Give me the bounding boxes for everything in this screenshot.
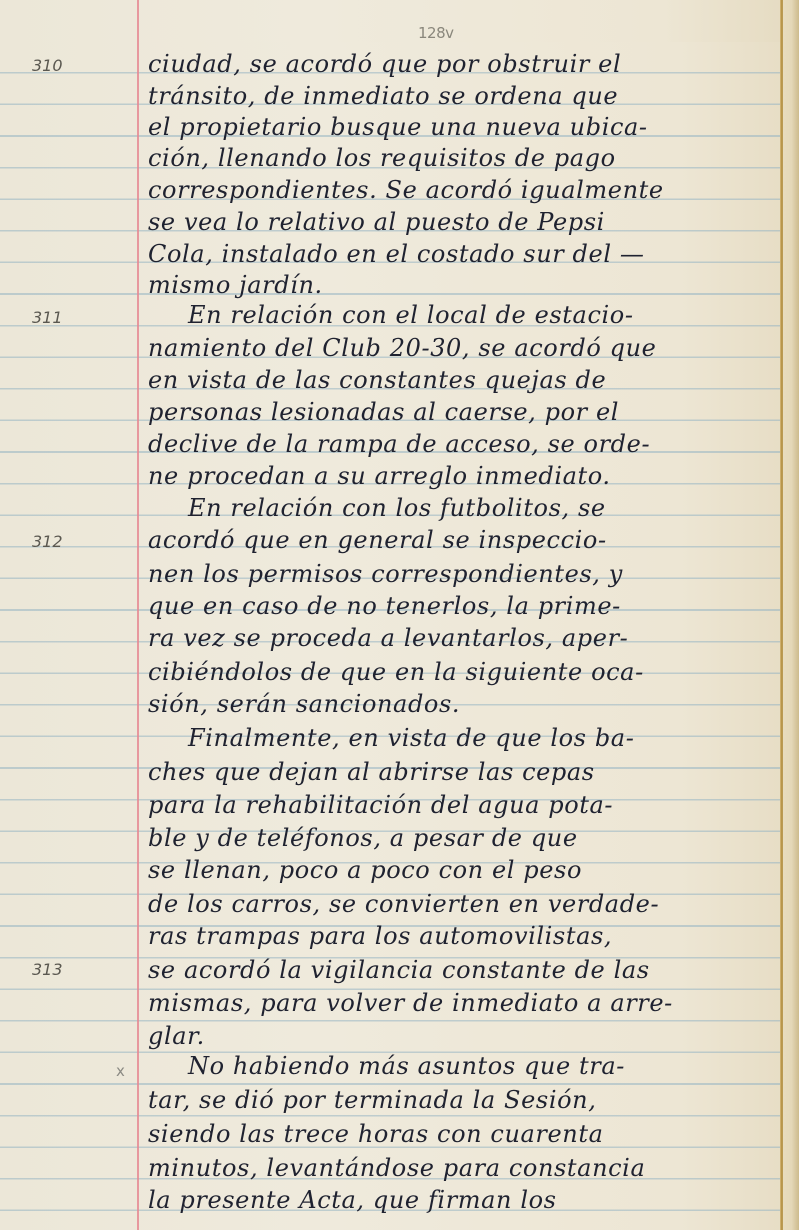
text-line: mismo jardín. <box>148 273 323 297</box>
text-line: ciudad, se acordó que por obstruir el <box>148 52 621 76</box>
ledger-page: 128v 310 311 312 313 x ciudad, se acordó… <box>0 0 799 1230</box>
text-line: tar, se dió por terminada la Sesión, <box>148 1088 596 1112</box>
folio-number: 128v <box>418 24 454 42</box>
text-line: ble y de teléfonos, a pesar de que <box>148 826 578 850</box>
text-line: cibiéndolos de que en la siguiente oca- <box>148 660 644 684</box>
entry-number-313: 313 <box>32 960 63 979</box>
text-line: glar. <box>148 1024 205 1048</box>
text-line: mismas, para volver de inmediato a arre- <box>148 991 673 1015</box>
text-line: tránsito, de inmediato se ordena que <box>148 84 618 108</box>
text-line: En relación con los futbolitos, se <box>188 496 606 520</box>
text-line: siendo las trece horas con cuarenta <box>148 1122 604 1146</box>
text-line: ras trampas para los automovilistas, <box>148 924 612 948</box>
red-margin-line <box>137 0 139 1230</box>
text-line: para la rehabilitación del agua pota- <box>148 793 613 817</box>
text-line: se llenan, poco a poco con el peso <box>148 858 582 882</box>
text-line: sión, serán sancionados. <box>148 692 460 716</box>
text-line: namiento del Club 20-30, se acordó que <box>148 336 656 360</box>
text-line: En relación con el local de estacio- <box>188 303 634 327</box>
text-line: nen los permisos correspondientes, y <box>148 562 623 586</box>
text-line: ne procedan a su arreglo inmediato. <box>148 464 611 488</box>
text-line: ción, llenando los requisitos de pago <box>148 146 616 170</box>
text-line: minutos, levantándose para constancia <box>148 1156 645 1180</box>
text-line: se acordó la vigilancia constante de las <box>148 958 650 982</box>
text-line: Finalmente, en vista de que los ba- <box>188 726 634 750</box>
text-line: Cola, instalado en el costado sur del — <box>148 242 644 266</box>
text-line: se vea lo relativo al puesto de Pepsi <box>148 210 605 234</box>
text-line: en vista de las constantes quejas de <box>148 368 606 392</box>
text-line: la presente Acta, que firman los <box>148 1188 557 1212</box>
text-line: personas lesionadas al caerse, por el <box>148 400 619 424</box>
binding-edge-line <box>781 0 783 1230</box>
text-line: declive de la rampa de acceso, se orde- <box>148 432 650 456</box>
text-line: ra vez se proceda a levantarlos, aper- <box>148 626 628 650</box>
text-line: ches que dejan al abrirse las cepas <box>148 760 595 784</box>
text-line: correspondientes. Se acordó igualmente <box>148 178 664 202</box>
entry-number-312: 312 <box>32 532 63 551</box>
text-line: acordó que en general se inspeccio- <box>148 528 607 552</box>
text-line: el propietario busque una nueva ubica- <box>148 115 648 139</box>
text-line: de los carros, se convierten en verdade- <box>148 892 659 916</box>
margin-x-mark: x <box>116 1062 125 1080</box>
top-margin <box>0 0 780 42</box>
text-line: No habiendo más asuntos que tra- <box>188 1054 625 1078</box>
entry-number-311: 311 <box>32 308 63 327</box>
text-line: que en caso de no tenerlos, la prime- <box>148 594 621 618</box>
entry-number-310: 310 <box>32 56 63 75</box>
